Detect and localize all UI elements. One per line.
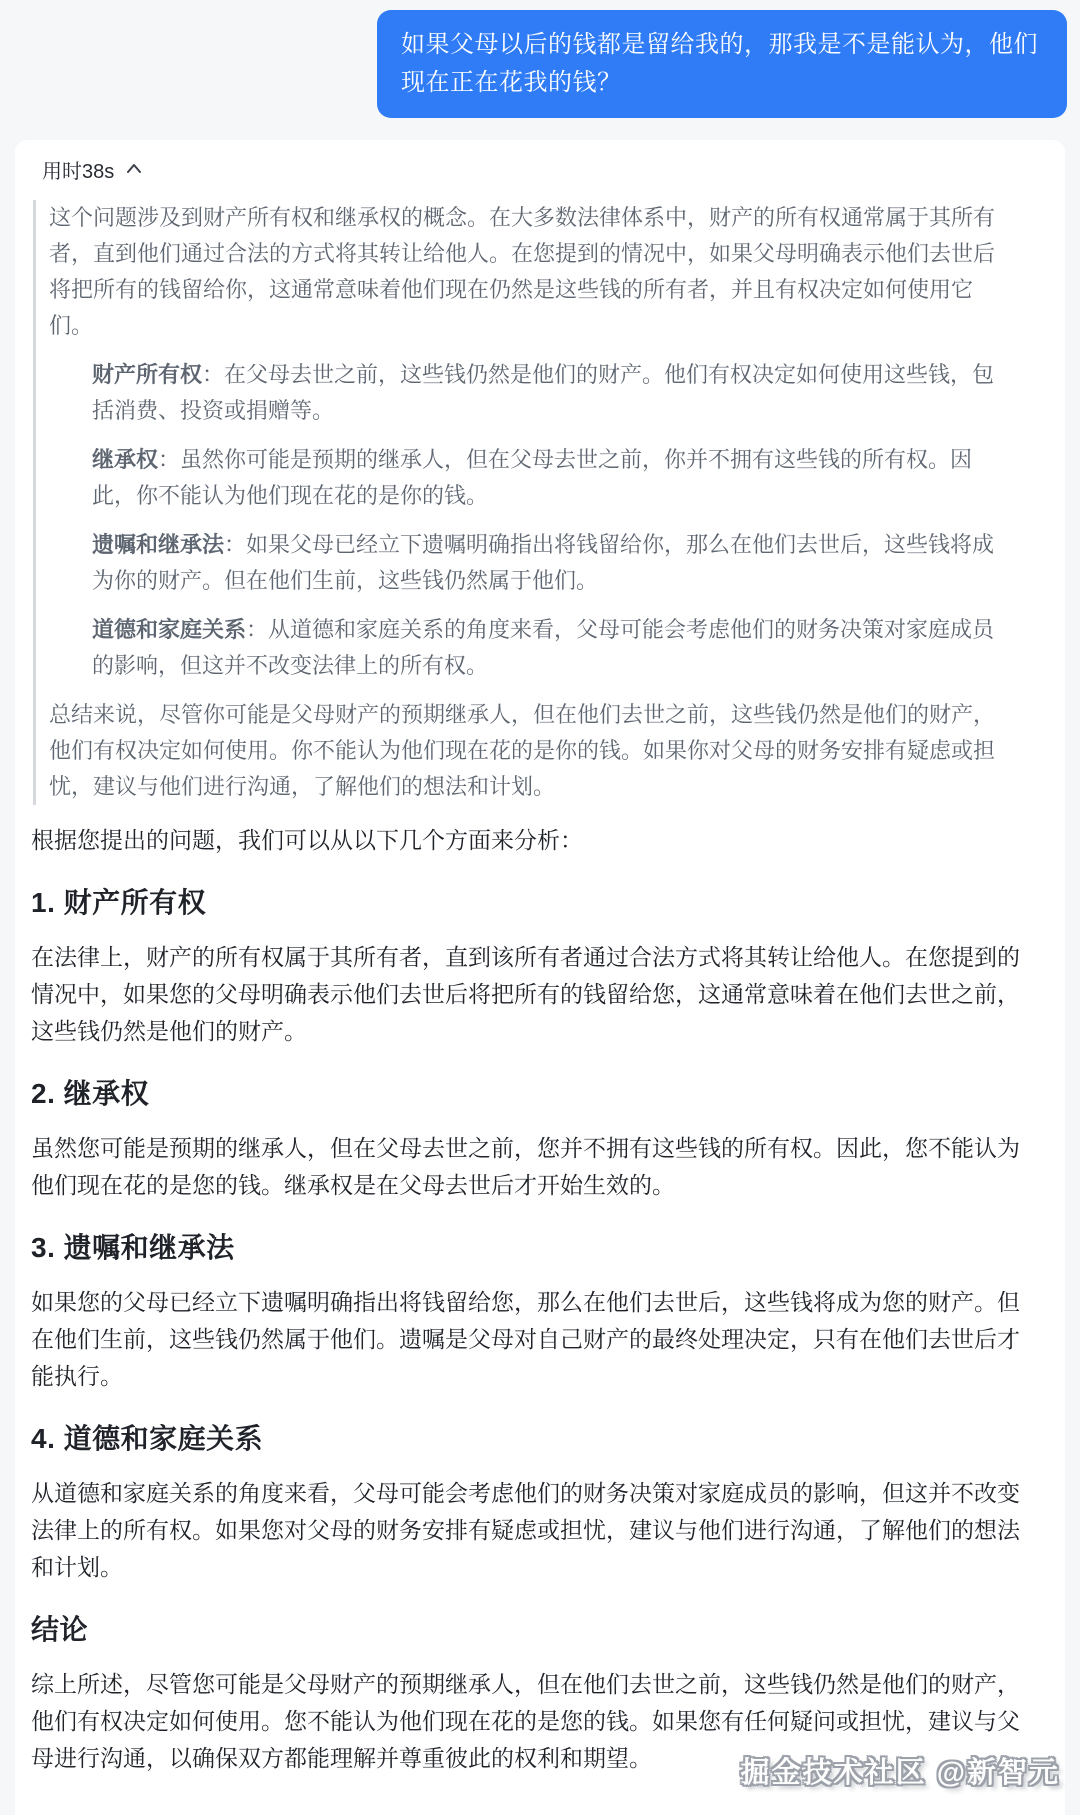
section-heading: 2. 继承权 <box>31 1076 1039 1112</box>
thinking-quote-block: 这个问题涉及到财产所有权和继承权的概念。在大多数法律体系中，财产的所有权通常属于… <box>33 200 1039 805</box>
section-body: 如果您的父母已经立下遗嘱明确指出将钱留给您，那么在他们去世后，这些钱将成为您的财… <box>31 1284 1039 1395</box>
section-heading: 3. 遗嘱和继承法 <box>31 1230 1039 1266</box>
thinking-point-text: ：虽然你可能是预期的继承人，但在父母去世之前，你并不拥有这些钱的所有权。因此，你… <box>92 447 972 508</box>
answer-section: 2. 继承权 虽然您可能是预期的继承人，但在父母去世之前，您并不拥有这些钱的所有… <box>31 1076 1039 1204</box>
thinking-duration-label: 用时38s <box>42 155 114 184</box>
thinking-point: 继承权：虽然你可能是预期的继承人，但在父母去世之前，你并不拥有这些钱的所有权。因… <box>92 442 999 514</box>
answer-intro: 根据您提出的问题，我们可以从以下几个方面来分析： <box>31 821 1039 859</box>
thinking-point-label: 财产所有权 <box>92 362 202 387</box>
thinking-point-text: ：在父母去世之前，这些钱仍然是他们的财产。他们有权决定如何使用这些钱，包括消费、… <box>92 362 994 423</box>
assistant-response-card: 用时38s 这个问题涉及到财产所有权和继承权的概念。在大多数法律体系中，财产的所… <box>15 140 1065 1815</box>
user-message-bubble: 如果父母以后的钱都是留给我的，那我是不是能认为，他们现在正在花我的钱？ <box>377 10 1067 118</box>
thinking-point-label: 遗嘱和继承法 <box>92 532 224 557</box>
thinking-intro: 这个问题涉及到财产所有权和继承权的概念。在大多数法律体系中，财产的所有权通常属于… <box>49 200 999 344</box>
section-heading: 1. 财产所有权 <box>31 885 1039 921</box>
user-message-text: 如果父母以后的钱都是留给我的，那我是不是能认为，他们现在正在花我的钱？ <box>401 31 1038 96</box>
thinking-point: 遗嘱和继承法：如果父母已经立下遗嘱明确指出将钱留给你，那么在他们去世后，这些钱将… <box>92 527 999 599</box>
thinking-point-label: 道德和家庭关系 <box>92 617 246 642</box>
thinking-duration-toggle[interactable]: 用时38s <box>42 156 1039 182</box>
thinking-point: 道德和家庭关系：从道德和家庭关系的角度来看，父母可能会考虑他们的财务决策对家庭成… <box>92 612 999 684</box>
answer-section: 4. 道德和家庭关系 从道德和家庭关系的角度来看，父母可能会考虑他们的财务决策对… <box>31 1421 1039 1586</box>
section-body: 从道德和家庭关系的角度来看，父母可能会考虑他们的财务决策对家庭成员的影响，但这并… <box>31 1475 1039 1586</box>
answer-section: 1. 财产所有权 在法律上，财产的所有权属于其所有者，直到该所有者通过合法方式将… <box>31 885 1039 1050</box>
thinking-summary: 总结来说，尽管你可能是父母财产的预期继承人，但在他们去世之前，这些钱仍然是他们的… <box>49 697 999 805</box>
section-heading: 4. 道德和家庭关系 <box>31 1421 1039 1457</box>
section-body: 虽然您可能是预期的继承人，但在父母去世之前，您并不拥有这些钱的所有权。因此，您不… <box>31 1130 1039 1204</box>
thinking-point: 财产所有权：在父母去世之前，这些钱仍然是他们的财产。他们有权决定如何使用这些钱，… <box>92 357 999 429</box>
thinking-point-label: 继承权 <box>92 447 158 472</box>
section-heading: 结论 <box>31 1612 1039 1648</box>
watermark: 掘金技术社区 @新智元 <box>741 1750 1060 1791</box>
thinking-point-text: ：如果父母已经立下遗嘱明确指出将钱留给你，那么在他们去世后，这些钱将成为你的财产… <box>92 532 994 593</box>
section-body: 在法律上，财产的所有权属于其所有者，直到该所有者通过合法方式将其转让给他人。在您… <box>31 939 1039 1050</box>
answer-section: 3. 遗嘱和继承法 如果您的父母已经立下遗嘱明确指出将钱留给您，那么在他们去世后… <box>31 1230 1039 1395</box>
chevron-up-icon <box>124 159 144 179</box>
